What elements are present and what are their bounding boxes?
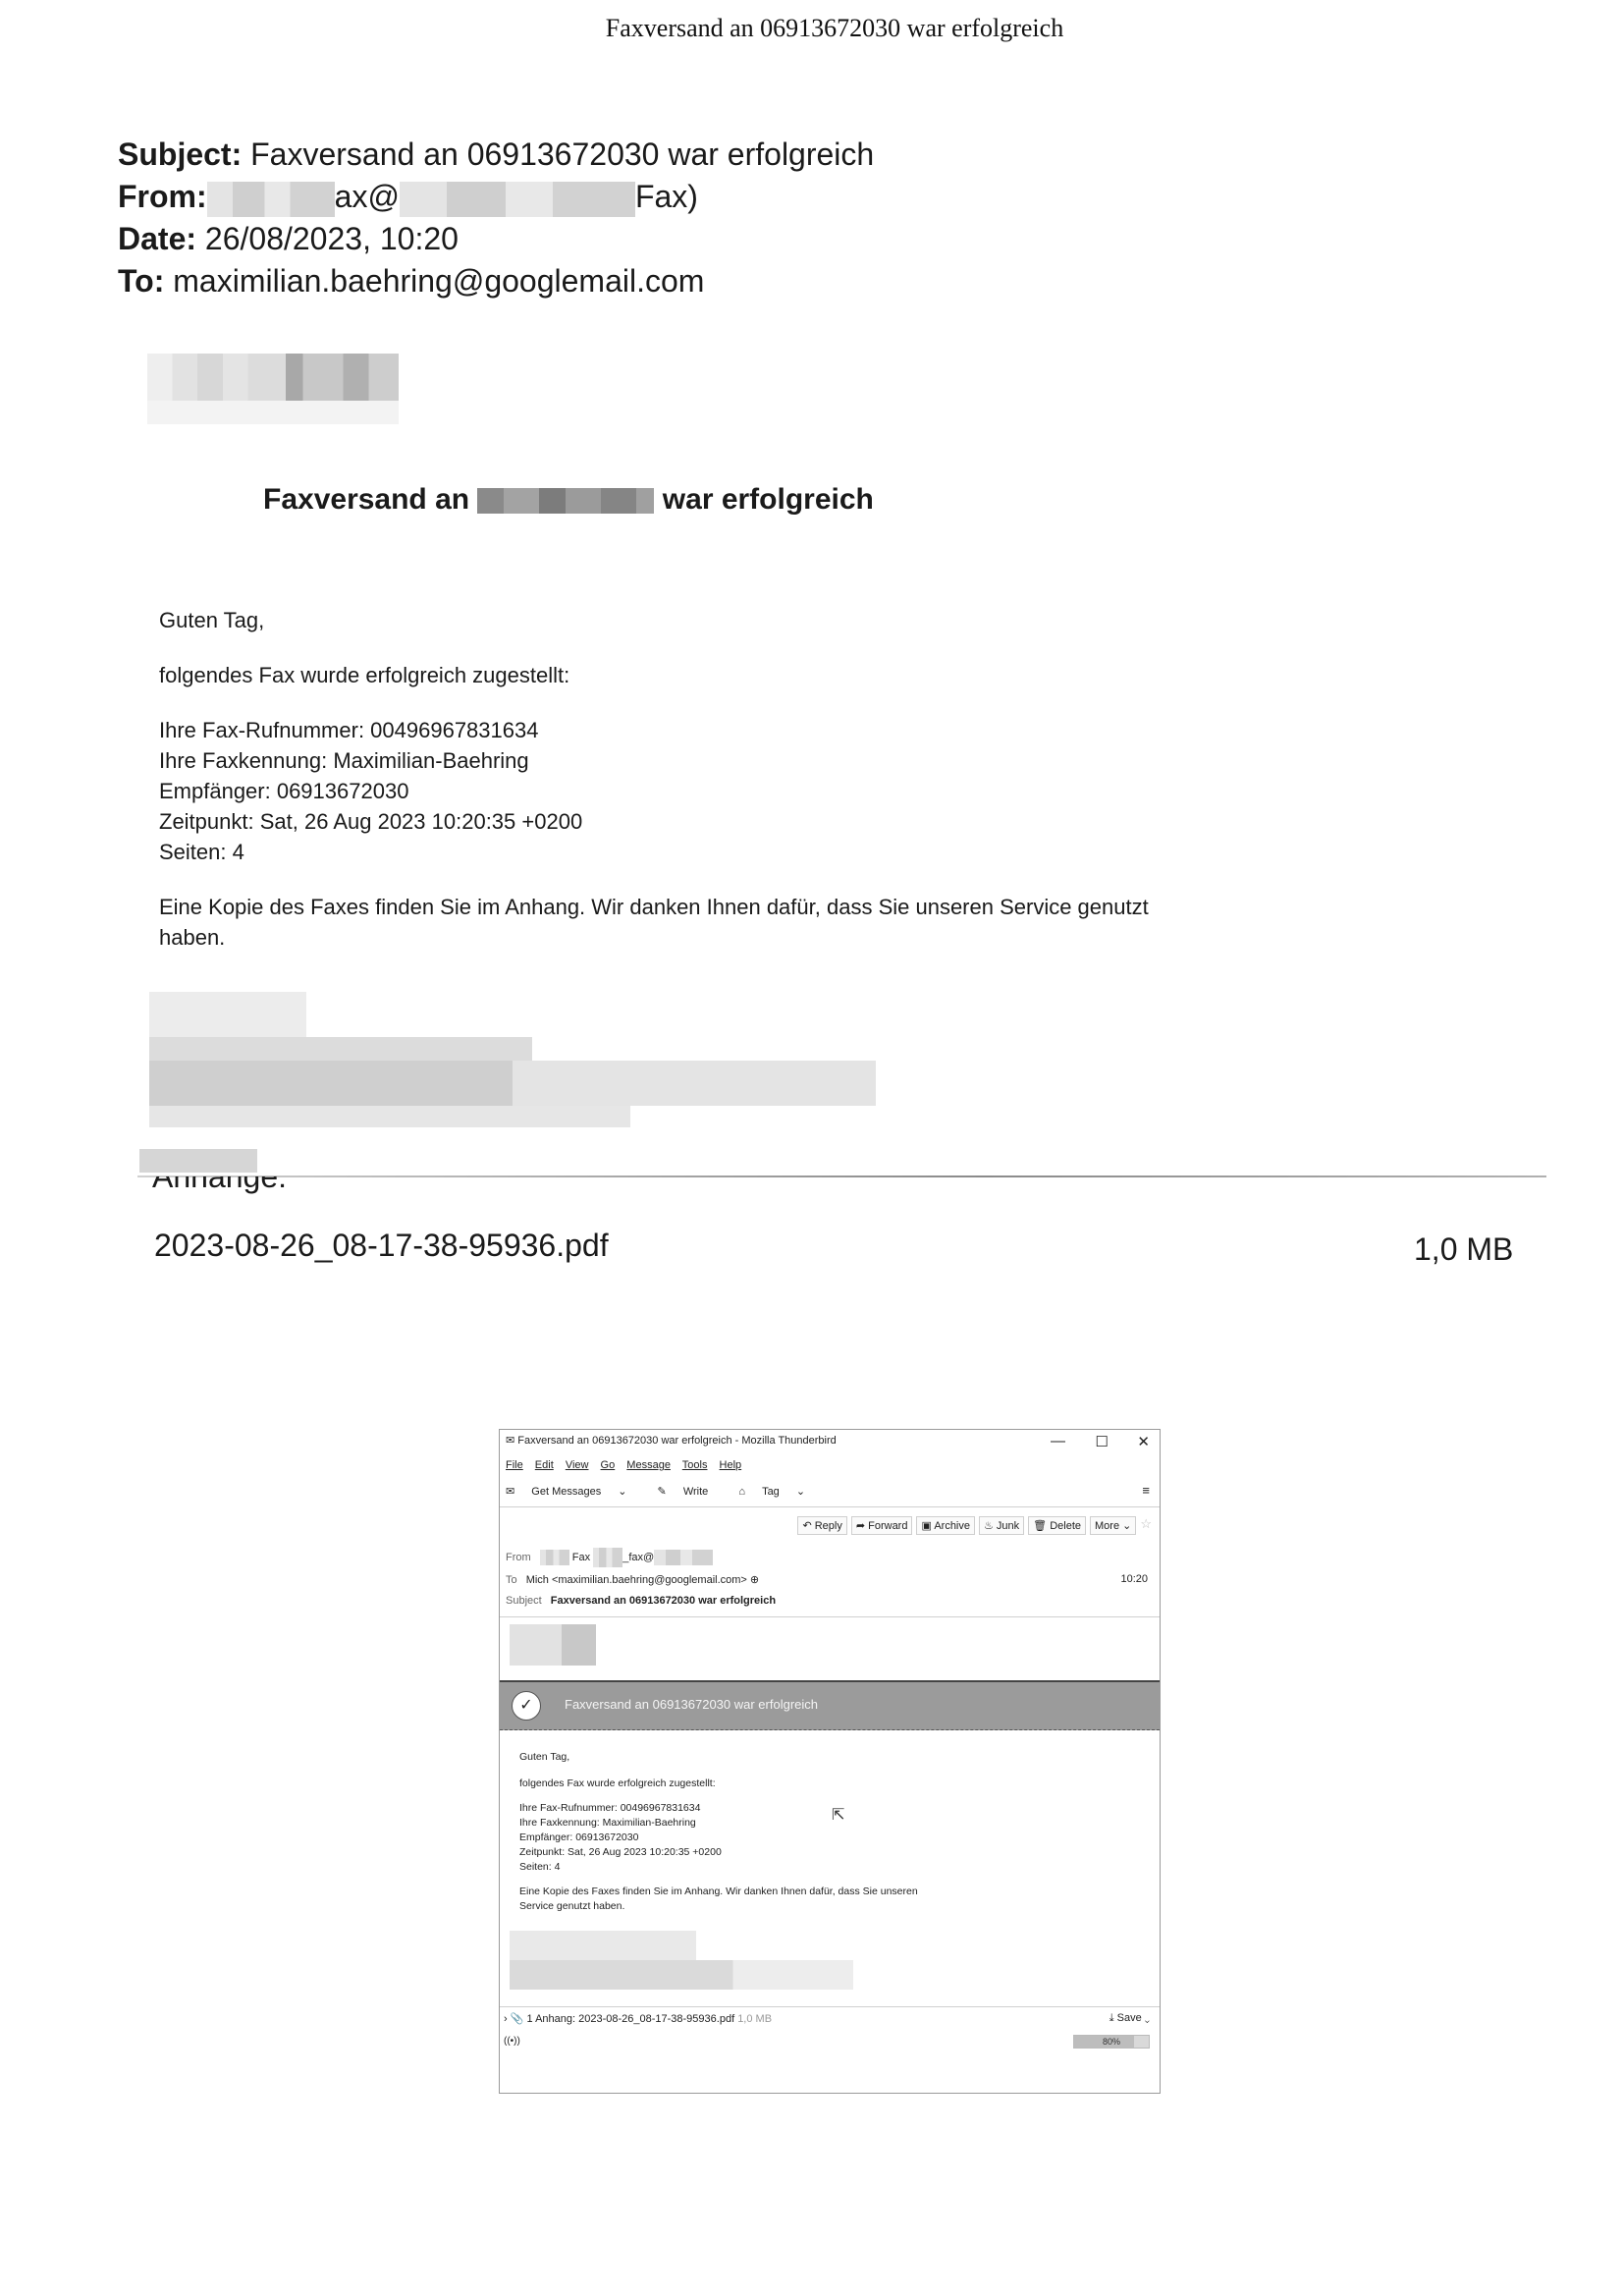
subject-label: Subject:	[118, 137, 242, 172]
close-icon[interactable]: ✕	[1137, 1433, 1150, 1450]
menu-help[interactable]: Help	[720, 1459, 742, 1471]
divider	[137, 1175, 1546, 1177]
redacted-block	[540, 1550, 569, 1565]
tb-from-row: From Fax _fax@	[506, 1548, 713, 1567]
attachment-filename[interactable]: 2023-08-26_08-17-38-95936.pdf	[154, 1228, 609, 1264]
detail-timestamp: Zeitpunkt: Sat, 26 Aug 2023 10:20:35 +02…	[519, 1845, 918, 1860]
to-value: maximilian.baehring@googlemail.com	[173, 263, 704, 299]
tag-label: Tag	[762, 1486, 780, 1498]
closing-line-2: Service genutzt haben.	[519, 1899, 918, 1914]
status-bar: ((•)) 80%	[504, 2036, 1154, 2047]
hamburger-menu-icon[interactable]: ≡	[1142, 1483, 1150, 1498]
redacted-block	[593, 1548, 622, 1567]
closing-line-1: Eine Kopie des Faxes finden Sie im Anhan…	[519, 1885, 918, 1899]
activity-icon: ((•))	[504, 2036, 520, 2047]
detail-fax-id: Ihre Faxkennung: Maximilian-Baehring	[159, 745, 1200, 776]
more-label: More	[1095, 1520, 1119, 1532]
message-actions: ↶ Reply ➦ Forward ▣ Archive ♨ Junk 🗑 Del…	[797, 1516, 1152, 1535]
expand-chevron-icon[interactable]: ›	[504, 2013, 508, 2025]
detail-fax-number: Ihre Fax-Rufnummer: 00496967831634	[519, 1801, 918, 1816]
from-name-part: Fax	[572, 1552, 590, 1563]
greeting: Guten Tag,	[519, 1750, 918, 1765]
main-toolbar: ✉ Get Messages ⌄ ✎ Write ⌂ Tag ⌄	[506, 1485, 819, 1498]
redacted-logo	[147, 354, 399, 424]
subject-label: Subject	[506, 1595, 542, 1607]
forward-button[interactable]: ➦ Forward	[851, 1516, 913, 1535]
redacted-block	[654, 1550, 713, 1565]
download-icon: ⤓	[1109, 2012, 1117, 2024]
redacted-block	[207, 182, 335, 217]
attachment-divider	[500, 2006, 1160, 2007]
menu-edit[interactable]: Edit	[535, 1459, 554, 1471]
toolbar-divider	[500, 1506, 1160, 1507]
to-row: To: maximilian.baehring@googlemail.com	[118, 260, 874, 302]
window-title: Faxversand an 06913672030 war erfolgreic…	[517, 1435, 836, 1447]
detail-pages: Seiten: 4	[159, 837, 1200, 867]
subject-value: Faxversand an 06913672030 war erfolgreic…	[551, 1595, 776, 1607]
archive-label: Archive	[934, 1520, 970, 1532]
from-value-part: ax@	[335, 179, 400, 214]
zoom-label: 80%	[1103, 2037, 1120, 2047]
detail-timestamp: Zeitpunkt: Sat, 26 Aug 2023 10:20:35 +02…	[159, 806, 1200, 837]
detail-fax-number: Ihre Fax-Rufnummer: 00496967831634	[159, 715, 1200, 745]
detail-recipient: Empfänger: 06913672030	[519, 1831, 918, 1845]
chevron-down-icon[interactable]: ⌄	[618, 1486, 626, 1498]
detail-recipient: Empfänger: 06913672030	[159, 776, 1200, 806]
reply-label: Reply	[815, 1520, 842, 1532]
success-banner: ✓ Faxversand an 06913672030 war erfolgre…	[500, 1680, 1160, 1730]
menu-bar: File Edit View Go Message Tools Help	[506, 1459, 750, 1471]
paperclip-icon: 📎	[511, 2013, 524, 2025]
mouse-cursor-icon: ⇱	[832, 1805, 844, 1825]
redacted-signature	[149, 992, 876, 1159]
forward-label: Forward	[868, 1520, 907, 1532]
tag-button[interactable]: ⌂ Tag ⌄	[738, 1486, 805, 1498]
get-messages-label: Get Messages	[531, 1486, 601, 1498]
print-page-header: Faxversand an 06913672030 war erfolgreic…	[0, 14, 1623, 43]
tb-subject-row: Subject Faxversand an 06913672030 war er…	[506, 1595, 776, 1607]
from-label: From	[506, 1552, 531, 1563]
from-value-part: Fax)	[635, 179, 698, 214]
write-button[interactable]: ✎ Write	[658, 1486, 723, 1498]
to-value[interactable]: Mich <maximilian.baehring@googlemail.com…	[526, 1574, 747, 1586]
from-row: From:ax@Fax)	[118, 176, 874, 218]
get-messages-button[interactable]: ✉ Get Messages ⌄	[506, 1486, 640, 1498]
menu-tools[interactable]: Tools	[682, 1459, 708, 1471]
minimize-icon[interactable]: —	[1051, 1433, 1065, 1449]
email-body: Guten Tag, folgendes Fax wurde erfolgrei…	[159, 605, 1200, 953]
subject-row: Subject: Faxversand an 06913672030 war e…	[118, 134, 874, 176]
tag-icon: ⌂	[738, 1486, 748, 1498]
tb-to-row: To Mich <maximilian.baehring@googlemail.…	[506, 1573, 759, 1586]
star-icon[interactable]: ☆	[1140, 1516, 1152, 1535]
maximize-icon[interactable]: ☐	[1096, 1433, 1109, 1450]
header-divider	[500, 1616, 1160, 1617]
attachment-text[interactable]: 1 Anhang: 2023-08-26_08-17-38-95936.pdf	[527, 2013, 735, 2025]
to-label: To:	[118, 263, 164, 299]
menu-message[interactable]: Message	[626, 1459, 671, 1471]
junk-button[interactable]: ♨ Junk	[979, 1516, 1024, 1535]
detail-fax-id: Ihre Faxkennung: Maximilian-Baehring	[519, 1816, 918, 1831]
thunderbird-screenshot: ✉ Faxversand an 06913672030 war erfolgre…	[499, 1429, 1161, 2094]
to-label: To	[506, 1574, 517, 1586]
greeting: Guten Tag,	[159, 605, 1200, 635]
closing-text: Eine Kopie des Faxes finden Sie im Anhan…	[159, 892, 1180, 953]
delete-label: Delete	[1050, 1520, 1081, 1532]
date-value: 26/08/2023, 10:20	[205, 221, 459, 256]
contact-icon[interactable]: ⊕	[750, 1574, 759, 1586]
message-time: 10:20	[1120, 1573, 1148, 1585]
date-row: Date: 26/08/2023, 10:20	[118, 218, 874, 260]
save-button[interactable]: ⤓ Save ⌄	[1109, 2012, 1150, 2025]
redacted-logo	[510, 1624, 596, 1666]
detail-pages: Seiten: 4	[519, 1860, 918, 1875]
from-label: From:	[118, 179, 207, 214]
attachment-size: 1,0 MB	[737, 2013, 772, 2025]
save-label: Save	[1117, 2012, 1142, 2024]
email-header: Subject: Faxversand an 06913672030 war e…	[118, 134, 874, 302]
redacted-signature	[510, 1931, 853, 1994]
banner-text: Faxversand an 06913672030 war erfolgreic…	[565, 1697, 818, 1712]
menu-view[interactable]: View	[566, 1459, 589, 1471]
zoom-indicator[interactable]: 80%	[1073, 2035, 1150, 2049]
attachment-size: 1,0 MB	[1414, 1231, 1513, 1268]
redacted-number	[477, 488, 654, 514]
intro-line: folgendes Fax wurde erfolgreich zugestel…	[159, 660, 1200, 690]
body-title: Faxversand an war erfolgreich	[263, 483, 874, 517]
attachment-bar[interactable]: › 📎 1 Anhang: 2023-08-26_08-17-38-95936.…	[504, 2012, 1154, 2025]
redacted-block	[400, 182, 635, 217]
thunderbird-icon: ✉	[506, 1435, 514, 1447]
delete-button[interactable]: 🗑 Delete	[1028, 1516, 1086, 1535]
more-button[interactable]: More ⌄	[1090, 1516, 1136, 1535]
tb-message-body: Guten Tag, folgendes Fax wurde erfolgrei…	[519, 1750, 918, 1914]
pencil-icon: ✎	[658, 1486, 670, 1498]
menu-file[interactable]: File	[506, 1459, 523, 1471]
title-prefix: Faxversand an	[263, 483, 469, 516]
write-label: Write	[683, 1486, 708, 1498]
menu-go[interactable]: Go	[601, 1459, 616, 1471]
inbox-icon: ✉	[506, 1486, 517, 1498]
subject-value: Faxversand an 06913672030 war erfolgreic…	[250, 137, 874, 172]
date-label: Date:	[118, 221, 196, 256]
from-email-part: _fax@	[622, 1552, 654, 1563]
intro-line: folgendes Fax wurde erfolgreich zugestel…	[519, 1777, 918, 1791]
title-suffix: war erfolgreich	[663, 483, 874, 516]
archive-button[interactable]: ▣ Archive	[916, 1516, 975, 1535]
checkmark-icon: ✓	[512, 1691, 541, 1721]
junk-label: Junk	[997, 1520, 1019, 1532]
reply-button[interactable]: ↶ Reply	[797, 1516, 846, 1535]
